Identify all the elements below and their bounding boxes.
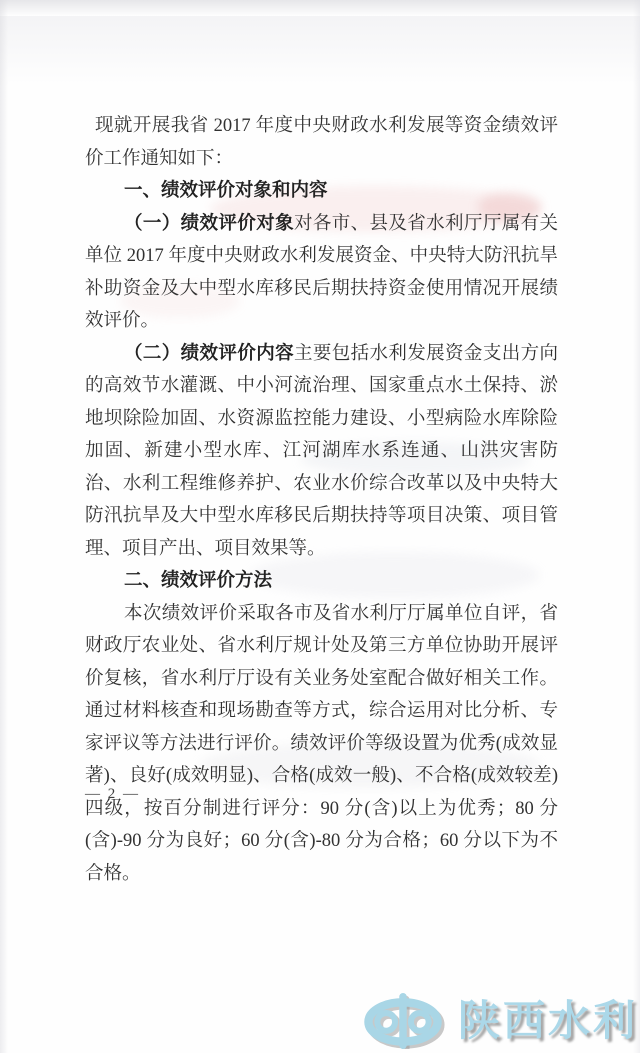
section2-heading: 二、绩效评价方法: [85, 565, 558, 598]
intro-text: 现就开展我省 2017 年度中央财政水利发展等资金绩效评价工作通知如下：: [85, 116, 558, 169]
shaanxi-water-logo-icon: [360, 993, 446, 1049]
scan-edge-right: [633, 0, 640, 1053]
section2-heading-text: 二、绩效评价方法: [124, 571, 272, 591]
intro-paragraph: 现就开展我省 2017 年度中央财政水利发展等资金绩效评价工作通知如下：: [85, 110, 558, 175]
section1-heading: 一、绩效评价对象和内容: [85, 175, 558, 208]
scanned-document-page: 现就开展我省 2017 年度中央财政水利发展等资金绩效评价工作通知如下： 一、绩…: [0, 0, 640, 1053]
scan-edge-left: [0, 0, 8, 1053]
scan-shading-top: [0, 16, 640, 86]
section1-item2-text: 主要包括水利发展资金支出方向的高效节水灌溉、中小河流治理、国家重点水土保持、淤地…: [85, 344, 558, 559]
scan-edge-top: [0, 0, 640, 16]
section1-heading-text: 一、绩效评价对象和内容: [124, 181, 328, 201]
section1-item1-lead: （一）绩效评价对象: [124, 214, 294, 234]
watermark-text: 陕西水利: [458, 1000, 638, 1042]
publisher-watermark: 陕西水利: [360, 993, 638, 1049]
section2-paragraph: 本次绩效评价采取各市及省水利厅厅属单位自评，省财政厅农业处、省水利厅规计处及第三…: [85, 598, 558, 891]
page-number: — 2 —: [85, 786, 140, 803]
document-body: 现就开展我省 2017 年度中央财政水利发展等资金绩效评价工作通知如下： 一、绩…: [85, 110, 558, 890]
section1-item1-paragraph: （一）绩效评价对象对各市、县及省水利厅厅属有关单位 2017 年度中央财政水利发…: [85, 208, 558, 338]
section1-item2-paragraph: （二）绩效评价内容主要包括水利发展资金支出方向的高效节水灌溉、中小河流治理、国家…: [85, 338, 558, 566]
section1-item2-lead: （二）绩效评价内容: [124, 344, 294, 364]
section2-text: 本次绩效评价采取各市及省水利厅厅属单位自评，省财政厅农业处、省水利厅规计处及第三…: [85, 604, 558, 884]
